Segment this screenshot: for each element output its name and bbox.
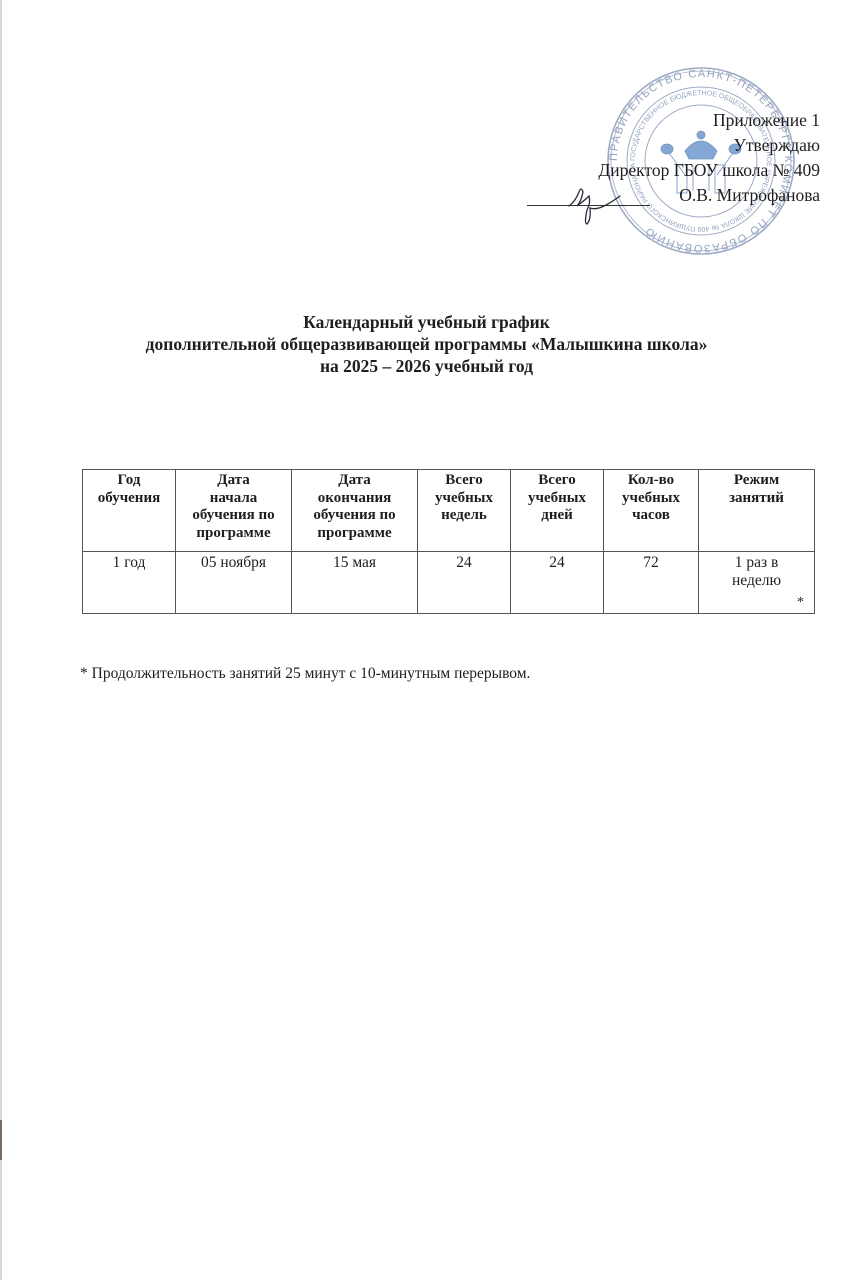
footnote: * Продолжительность занятий 25 минут с 1… [80, 665, 530, 683]
table-header-row: Год обучения Дата начала обучения по про… [83, 470, 815, 552]
title-line-3: на 2025 – 2026 учебный год [0, 355, 853, 377]
cell-year: 1 год [83, 552, 176, 614]
footnote-marker: * [797, 594, 804, 612]
header-weeks: Всего учебных недель [418, 470, 511, 552]
mode-line-2: неделю [701, 572, 812, 590]
title-line-2: дополнительной общеразвивающей программы… [0, 333, 853, 355]
table-row: 1 год 05 ноября 15 мая 24 24 72 1 раз в … [83, 552, 815, 614]
cell-end-date: 15 мая [292, 552, 418, 614]
header-end-date: Дата окончания обучения по программе [292, 470, 418, 552]
cell-start-date: 05 ноября [176, 552, 292, 614]
cell-mode: 1 раз в неделю * [699, 552, 815, 614]
header-year: Год обучения [83, 470, 176, 552]
title-line-1: Календарный учебный график [0, 311, 853, 333]
scan-edge-mark [0, 1120, 2, 1160]
signature-icon [565, 180, 635, 230]
header-hours: Кол-во учебных часов [604, 470, 699, 552]
approve-label: Утверждаю [598, 133, 820, 158]
header-start-date: Дата начала обучения по программе [176, 470, 292, 552]
cell-days: 24 [511, 552, 604, 614]
mode-line-1: 1 раз в [701, 554, 812, 572]
schedule-table: Год обучения Дата начала обучения по про… [82, 469, 815, 614]
appendix-label: Приложение 1 [598, 108, 820, 133]
header-days: Всего учебных дней [511, 470, 604, 552]
document-title: Календарный учебный график дополнительно… [0, 311, 853, 377]
scan-edge [0, 0, 2, 1280]
cell-weeks: 24 [418, 552, 511, 614]
cell-hours: 72 [604, 552, 699, 614]
header-mode: Режим занятий [699, 470, 815, 552]
